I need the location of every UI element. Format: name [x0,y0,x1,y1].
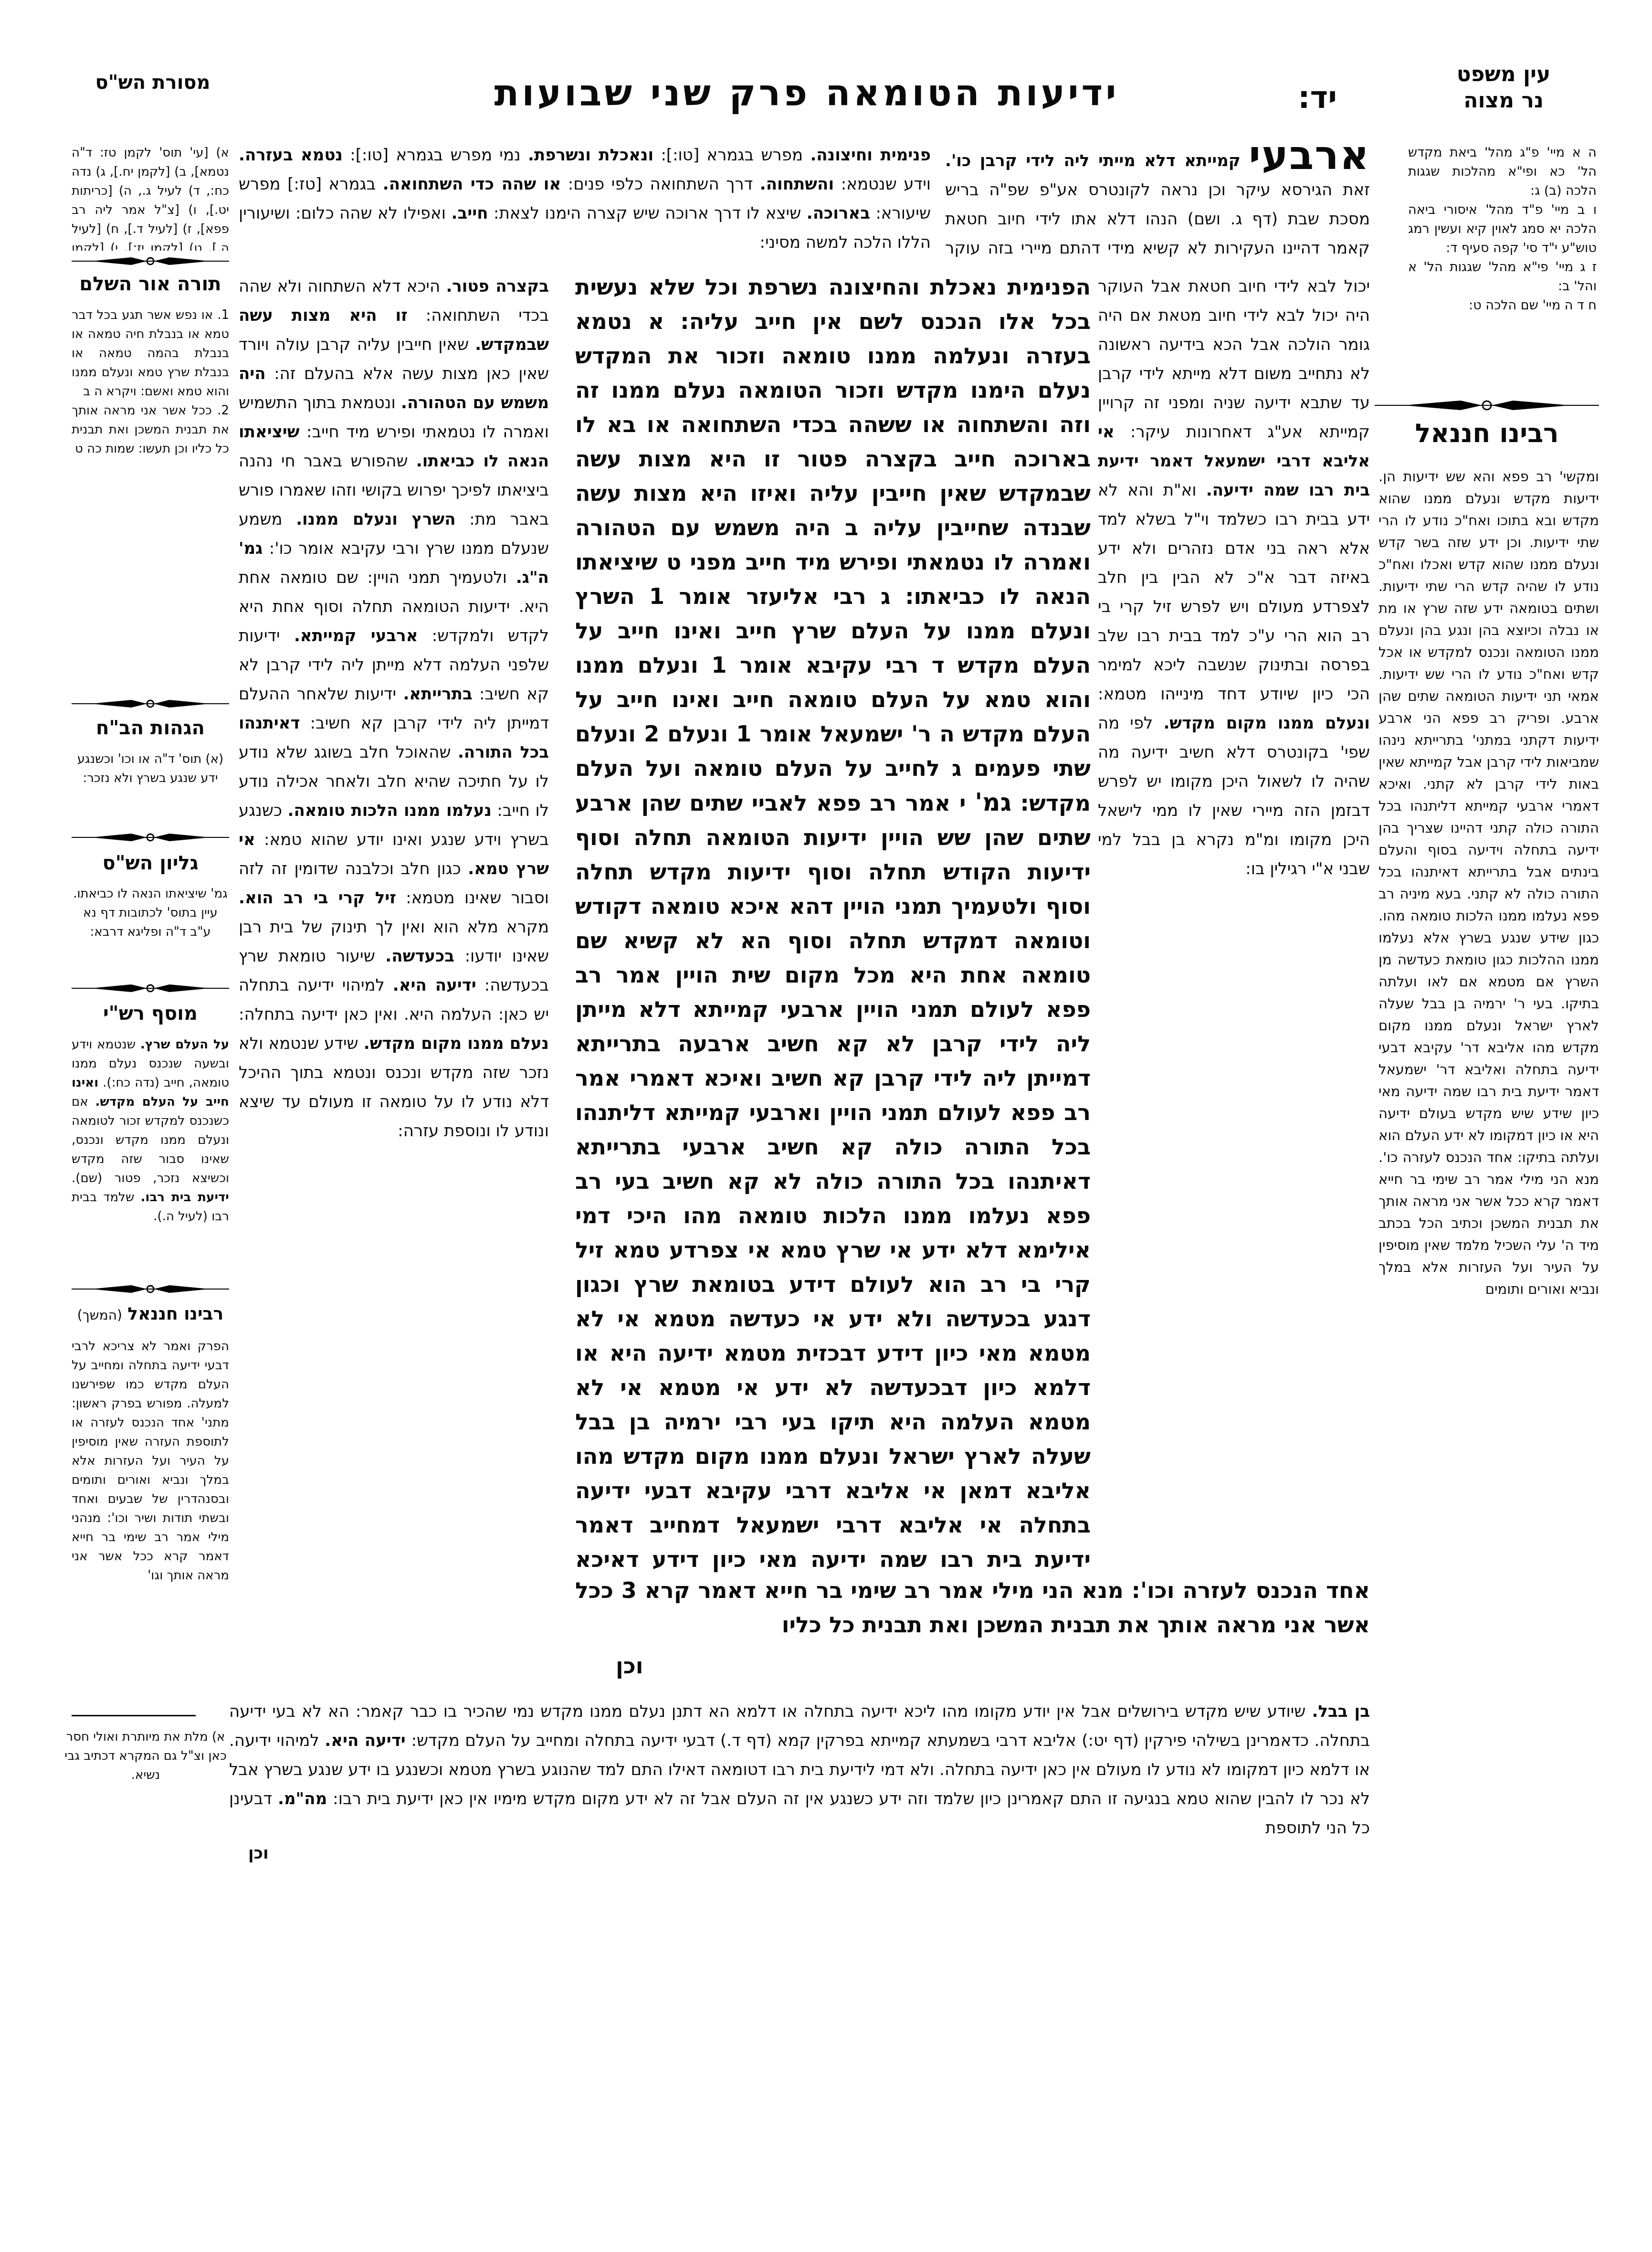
torah-or-header: תורה אור השלם [72,273,229,295]
section-divider [1375,399,1599,412]
tosafot-initial-word: ארבעי [1249,141,1370,179]
hagahot-habach-header: הגהות הב"ח [72,717,229,739]
rch-hemshech-text: הפרק ואמר לא צריכא לרבי דבעי ידיעה בתחלה… [72,1337,229,1704]
rashi-gloss: והשתחוה. דרך השתחואה כלפי פנים: [561,175,834,194]
rabbeinu-chananel-header: רבינו חננאל [1375,418,1599,448]
rabbeinu-chananel-text: ומקשי' רב פפא והא שש ידיעות הן. ידיעות מ… [1378,465,1599,1845]
rashi-gloss: פנימית וחיצונה. מפרש בגמרא [טו:]: [653,146,931,165]
ein-mishpat-entry: ו ב מיי' פ"ד מהל' איסורי ביאה הלכה יא סמ… [1408,201,1597,258]
rashi-bottom: בן בבל. שיודע שיש מקדש בירושלים אבל אין … [229,1697,1370,1843]
tosafot-top-text: זאת הגירסא עיקר וכן נראה לקונטרס אע"פ שפ… [945,180,1370,268]
section-divider [72,1283,229,1295]
talmud-page: עין משפט נר מצוה יד: ידיעות הטומאה פרק ש… [0,0,1652,2252]
torah-or-text: 1. או נפש אשר תגע בכל דבר טמא או בנבלת ח… [72,306,229,687]
gemara-text: י אמר רב פפא לאביי שתים שהן ארבע שתים שה… [575,790,1091,1573]
musaf-rashi-gloss: ידיעת בית רבו. שלמד בבית רבו (לעיל ה.). [72,1190,229,1224]
tosafot-dh: קמייתא דלא מייתי ליה לידי קרבן כו'. [945,151,1241,170]
section-divider [72,698,229,709]
musaf-rashi-gloss: ואינו חייב על העלם מקדש. אם כשנכנס למקדש… [72,1076,229,1185]
rashi-gloss: ונאכלת ונשרפת. נמי מפרש בגמרא [טו:]: [343,146,653,165]
rashi-top: פנימית וחיצונה. מפרש בגמרא [טו:]: ונאכלת… [239,141,931,268]
musaf-rashi-header: מוסף רש"י [72,1003,229,1025]
rashi-gloss: נעלם ממנו מקום מקדש. שידע שנטמא ולא נזכר… [239,1034,549,1141]
ein-mishpat-header-line1: עין משפט [1408,61,1599,87]
torah-or-verse2: 2. ככל אשר אני מראה אותך את תבנית המשכן … [72,401,229,458]
ein-mishpat-entry: ח ד ה מיי' שם הלכה ט: [1408,296,1597,315]
mishnah-text: הפנימית נאכלת והחיצונה נשרפת וכל שלא נעש… [575,274,1091,816]
rashi-gloss: בארוכה. שיצא לו דרך ארוכה שיש קצרה הימנו… [488,204,870,223]
section-divider [72,255,229,267]
gemara-catchword: וכן [616,1653,643,1679]
ein-mishpat-entry: ז ג מיי' פי"א מהל' שגגות הל' א והל' ב: [1408,258,1597,296]
torah-or-verse1: 1. או נפש אשר תגע בכל דבר טמא או בנבלת ח… [72,306,229,401]
page-title: ידיעות הטומאה פרק שני שבועות [468,72,1146,114]
section-divider [72,832,229,843]
hagahot-habach-text: (א) תוס' ד"ה או וכו' וכשנגע ידע שנגע בשר… [72,750,229,821]
daf-marker: יד: [1260,80,1375,116]
rch-footnote: א) מלת את מיותרת ואולי חסר כאן וצ"ל גם ה… [62,1727,229,1813]
tosafot-gloss: אי אליבא דרבי ישמעאל דאמר ידיעת בית רבו … [1098,423,1370,704]
masoret-text: א) [עי' תוס' לקמן טז: ד"ה נטמא], ב) [לקמ… [72,143,229,251]
rashi-column: בקצרה פטור. היכא דלא השתחוה ולא שהה בכדי… [239,272,549,1685]
gilyon-hashas-text: גמ' שיציאתו הנאה לו כביאתו. עיין בתוס' ל… [72,884,229,975]
tosafot-column-lead: יכול לבא לידי חיוב חטאת אבל העוקר היה יכ… [1098,277,1370,442]
gemara-column: הפנימית נאכלת והחיצונה נשרפת וכל שלא נעש… [575,270,1091,1573]
ein-mishpat-column: ה א מיי' פ"ג מהל' ביאת מקדש הל' כא ופי"א… [1408,143,1597,391]
masoret-header: מסורת הש"ס [72,72,234,94]
gemara-marker: גמ' [975,788,1011,817]
musaf-rashi-text: על העלם שרץ. שנטמא וידע ובשעה שנכנס נעלם… [72,1035,229,1274]
rashi-catchword: וכן [248,1844,269,1863]
gilyon-hashas-header: גליון הש"ס [72,852,229,874]
section-divider [72,983,229,994]
ein-mishpat-header: עין משפט נר מצוה [1408,61,1599,114]
tosafot-top: ארבעי קמייתא דלא מייתי ליה לידי קרבן כו'… [945,141,1370,268]
ein-mishpat-entry: ה א מיי' פ"ג מהל' ביאת מקדש הל' כא ופי"א… [1408,143,1597,201]
tosafot-units-wrap: אי אליבא דרבי ישמעאל דאמר ידיעת בית רבו … [1098,423,1370,878]
tosafot-column: יכול לבא לידי חיוב חטאת אבל העוקר היה יכ… [1098,272,1370,1614]
footnote-rule [72,1715,196,1716]
rch-hemshech-header: רבינו חננאל (המשך) [57,1304,243,1324]
ein-mishpat-header-line2: נר מצוה [1408,87,1599,114]
tosafot-gloss: ונעלם ממנו מקום מקדש. לפי מה שפי' בקונטר… [1098,714,1370,878]
